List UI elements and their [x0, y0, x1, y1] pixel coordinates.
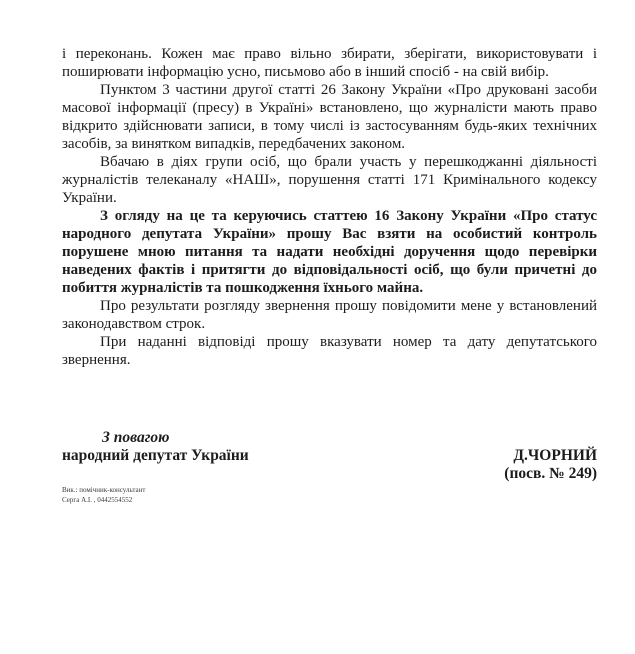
- signature-left: З повагою народний депутат України: [62, 429, 249, 465]
- executor-note: Вик.: помічник-консультант Серга А.І. , …: [62, 486, 145, 505]
- signatory-credential: (посв. № 249): [504, 465, 597, 483]
- paragraph-criminal-code: Вбачаю в діях групи осіб, що брали участ…: [62, 153, 597, 207]
- signatory-name: Д.ЧОРНИЙ: [504, 447, 597, 465]
- letter-body: і переконань. Кожен має право вільно зби…: [62, 45, 597, 369]
- paragraph-request-bold: З огляду на це та керуючись статтею 16 З…: [62, 207, 597, 297]
- paragraph-reply-reference: При наданні відповіді прошу вказувати но…: [62, 333, 597, 369]
- signature-block: З повагою народний депутат України Д.ЧОР…: [62, 429, 597, 483]
- signature-title: народний депутат України: [62, 447, 249, 465]
- paragraph-continuation: і переконань. Кожен має право вільно зби…: [62, 45, 597, 81]
- paragraph-law-press: Пунктом 3 частини другої статті 26 Закон…: [62, 81, 597, 153]
- paragraph-results: Про результати розгляду звернення прошу …: [62, 297, 597, 333]
- signature-right: Д.ЧОРНИЙ (посв. № 249): [504, 447, 597, 483]
- signature-closing: З повагою: [62, 429, 249, 447]
- executor-contact: Серга А.І. , 0442554552: [62, 496, 145, 506]
- document-page: і переконань. Кожен має право вільно зби…: [0, 0, 635, 654]
- executor-role: Вик.: помічник-консультант: [62, 486, 145, 496]
